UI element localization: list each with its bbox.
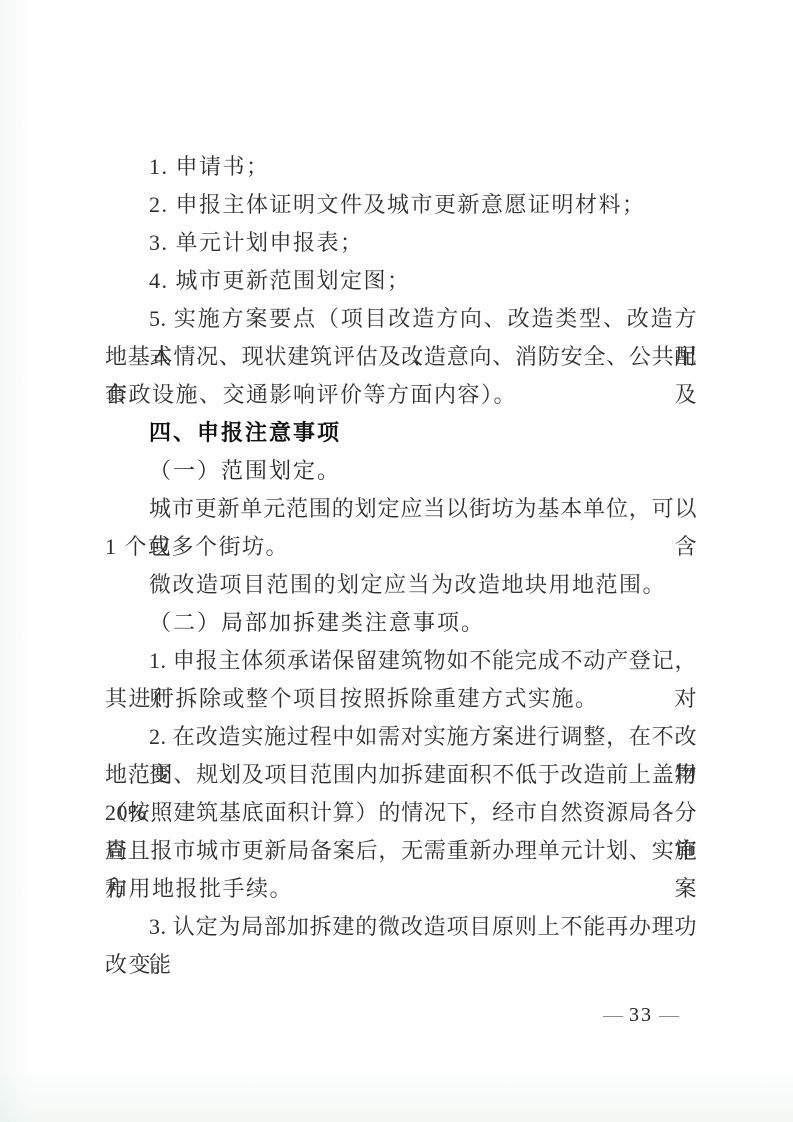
text-line: 3. 单元计划申报表； [105, 224, 697, 262]
text-line: 四、申报注意事项 [105, 414, 697, 452]
text-line: 2. 在改造实施过程中如需对实施方案进行调整，在不改变用 [105, 718, 697, 756]
document-body: 1. 申请书；2. 申报主体证明文件及城市更新意愿证明材料；3. 单元计划申报表… [105, 148, 697, 984]
page-footer: —33— [597, 1000, 685, 1030]
text-line: 城市更新单元范围的划定应当以街坊为基本单位，可以包含 [105, 490, 697, 528]
text-line: 查且报市城市更新局备案后，无需重新办理单元计划、实施方案 [105, 832, 697, 870]
text-line: 4. 城市更新范围划定图； [105, 262, 697, 300]
text-line: 3. 认定为局部加拆建的微改造项目原则上不能再办理功能 [105, 908, 697, 946]
text-line: 微改造项目范围的划定应当为改造地块用地范围。 [105, 566, 697, 604]
page-number-dash-right: — [653, 1004, 685, 1026]
text-line: 地范围、规划及项目范围内加拆建面积不低于改造前上盖物 20% [105, 756, 697, 794]
text-line: 1. 申报主体须承诺保留建筑物如不能完成不动产登记，则对 [105, 642, 697, 680]
text-line: （按照建筑基底面积计算）的情况下，经市自然资源局各分局审 [105, 794, 697, 832]
text-line: 地基本情况、现状建筑评估及改造意向、消防安全、公共配套及 [105, 338, 697, 376]
text-line: （二）局部加拆建类注意事项。 [105, 604, 697, 642]
text-line: 2. 申报主体证明文件及城市更新意愿证明材料； [105, 186, 697, 224]
text-line: 5. 实施方案要点（项目改造方向、改造类型、改造方式、用 [105, 300, 697, 338]
document-page: 1. 申请书；2. 申报主体证明文件及城市更新意愿证明材料；3. 单元计划申报表… [0, 0, 793, 1122]
page-number: 33 [629, 1004, 653, 1026]
text-line: 改变。 [105, 946, 697, 984]
text-line: 1. 申请书； [105, 148, 697, 186]
page-number-dash-left: — [597, 1004, 629, 1026]
text-line: （一）范围划定。 [105, 452, 697, 490]
